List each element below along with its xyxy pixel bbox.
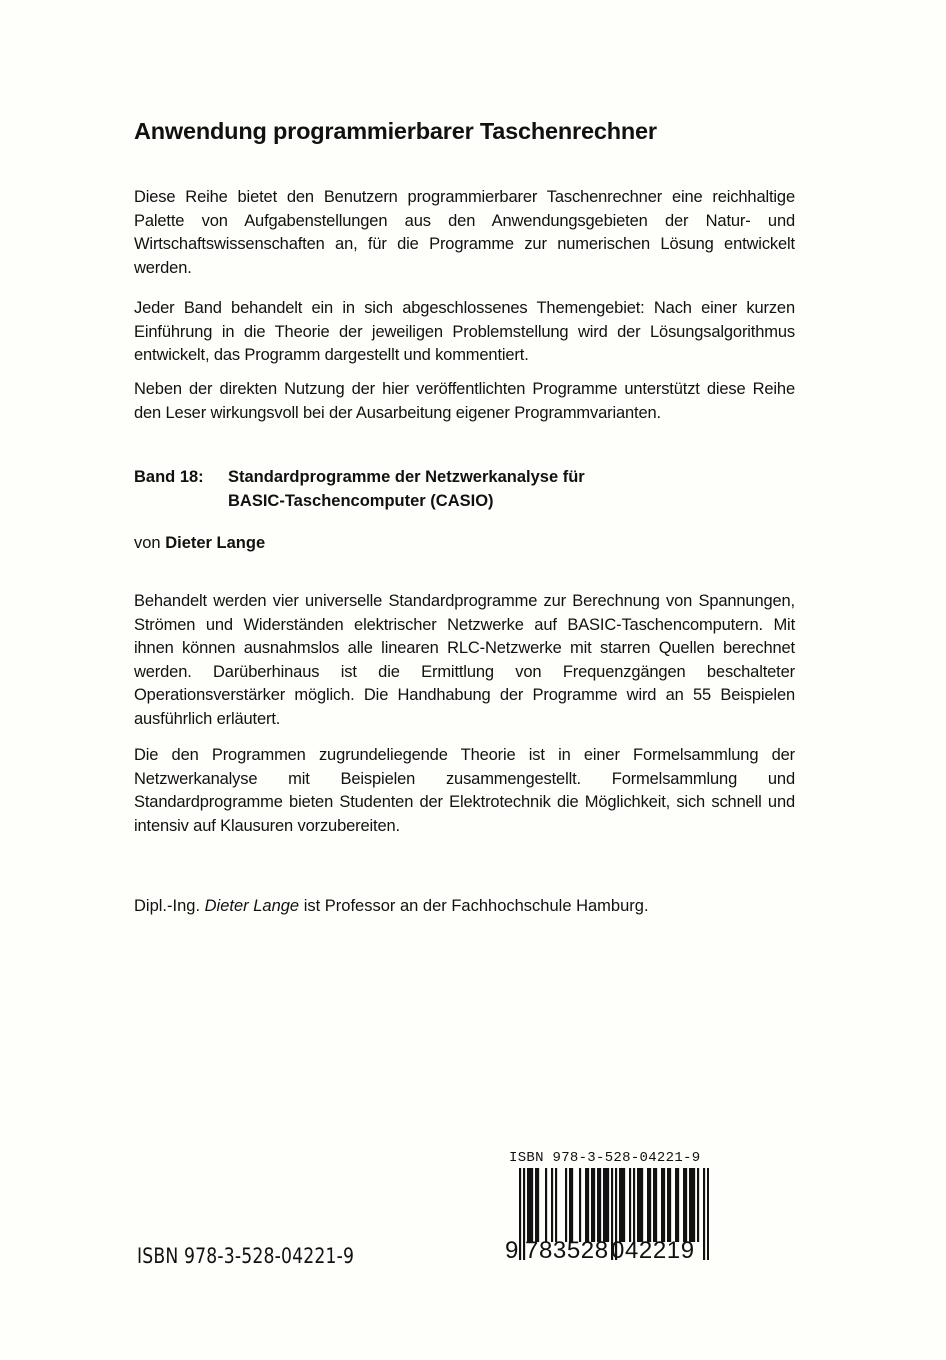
author-prefix: von bbox=[134, 534, 161, 552]
description-paragraph-1: Behandelt werden vier universelle Standa… bbox=[134, 590, 795, 732]
bio-name: Dieter Lange bbox=[205, 897, 299, 915]
bio-rest: ist Professor an der Fachhochschule Hamb… bbox=[304, 897, 649, 915]
author-line: von Dieter Lange bbox=[134, 532, 265, 556]
barcode-digit-first: 9 bbox=[505, 1239, 518, 1263]
series-title: Anwendung programmierbarer Taschenrechne… bbox=[134, 118, 657, 145]
band-heading: Band 18: Standardprogramme der Netzwerka… bbox=[134, 466, 585, 513]
band-title-line-2: BASIC-Taschencomputer (CASIO) bbox=[228, 490, 585, 514]
barcode-digits-left: 783528 bbox=[525, 1239, 609, 1263]
band-title-line-1: Standardprogramme der Netzwerkanalyse fü… bbox=[228, 466, 585, 490]
band-label: Band 18: bbox=[134, 466, 228, 513]
band-title: Standardprogramme der Netzwerkanalyse fü… bbox=[228, 466, 585, 513]
bio-title: Dipl.-Ing. bbox=[134, 897, 200, 915]
isbn-barcode: ISBN 978-3-528-04221-9 9 783528 042219 bbox=[505, 1150, 723, 1270]
author-name: Dieter Lange bbox=[165, 534, 265, 552]
intro-paragraph-1: Diese Reihe bietet den Benutzern program… bbox=[134, 186, 795, 280]
barcode-digits-right: 042219 bbox=[611, 1239, 695, 1263]
intro-paragraph-2: Jeder Band behandelt ein in sich abgesch… bbox=[134, 297, 795, 368]
intro-paragraph-3: Neben der direkten Nutzung der hier verö… bbox=[134, 378, 795, 425]
author-bio: Dipl.-Ing. Dieter Lange ist Professor an… bbox=[134, 895, 649, 919]
description-paragraph-2: Die den Programmen zugrundeliegende Theo… bbox=[134, 744, 795, 838]
barcode-caption: ISBN 978-3-528-04221-9 bbox=[509, 1150, 723, 1166]
isbn-text: ISBN 978-3-528-04221-9 bbox=[137, 1244, 354, 1268]
